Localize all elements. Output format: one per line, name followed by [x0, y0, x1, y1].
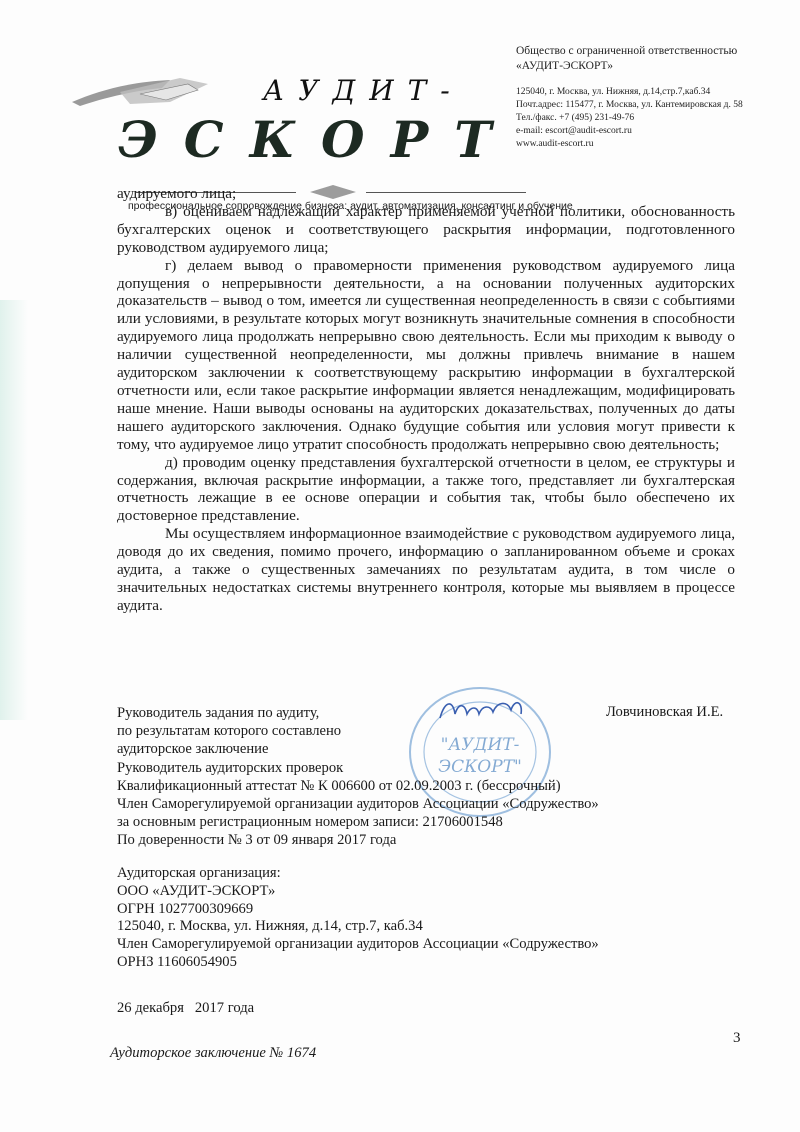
org-line: ООО «АУДИТ-ЭСКОРТ» — [117, 883, 599, 901]
body-paragraph: г) делаем вывод о правомерности применен… — [117, 257, 735, 454]
document-body: аудируемого лица; в) оцениваем надлежащи… — [117, 185, 735, 615]
org-line: 125040, г. Москва, ул. Нижняя, д.14, стр… — [117, 918, 599, 936]
company-address: 125040, г. Москва, ул. Нижняя, д.14,стр.… — [516, 86, 743, 99]
body-paragraph: д) проводим оценку представления бухгалт… — [117, 454, 735, 526]
signature-line: По доверенности № 3 от 09 января 2017 го… — [117, 831, 757, 849]
logo-text-top: АУДИТ- — [263, 74, 464, 107]
signature-line: Квалификационный аттестат № К 006600 от … — [117, 777, 757, 795]
org-line: Член Саморегулируемой организации аудито… — [117, 936, 599, 954]
company-email: e-mail: escort@audit-escort.ru — [516, 125, 743, 138]
body-paragraph: в) оцениваем надлежащий характер применя… — [117, 203, 735, 257]
logo-swoosh-icon — [70, 72, 210, 112]
company-logo: АУДИТ- ЭСКОРТ профессиональное сопровожд… — [58, 50, 478, 165]
company-website: www.audit-escort.ru — [516, 138, 743, 151]
signature-line: за основным регистрационным номером запи… — [117, 813, 757, 831]
body-paragraph: Мы осуществляем информационное взаимодей… — [117, 525, 735, 615]
org-line: Аудиторская организация: — [117, 865, 599, 883]
org-line: ОРНЗ 11606054905 — [117, 954, 599, 972]
logo-text-main: ЭСКОРТ — [118, 110, 517, 169]
document-page: АУДИТ- ЭСКОРТ профессиональное сопровожд… — [0, 0, 800, 1132]
page-number: 3 — [733, 1030, 741, 1047]
company-contact-info: Общество с ограниченной ответственностью… — [516, 44, 743, 151]
body-paragraph: аудируемого лица; — [117, 185, 735, 203]
company-postal-address: Почт.адрес: 115477, г. Москва, ул. Канте… — [516, 99, 743, 112]
company-legal-form: Общество с ограниченной ответственностью — [516, 44, 743, 59]
signature-line: Руководитель аудиторских проверок — [117, 759, 757, 777]
signature-block: Руководитель задания по аудиту, по резул… — [117, 704, 757, 850]
signature-line: Член Саморегулируемой организации аудито… — [117, 795, 757, 813]
document-date: 26 декабря 2017 года — [117, 1000, 254, 1017]
scan-edge-tint — [0, 300, 28, 720]
footer-reference: Аудиторское заключение № 1674 — [110, 1045, 316, 1062]
audit-organization-block: Аудиторская организация: ООО «АУДИТ-ЭСКО… — [117, 865, 599, 972]
company-name: «АУДИТ-ЭСКОРТ» — [516, 59, 743, 74]
org-line: ОГРН 1027700309669 — [117, 901, 599, 919]
company-phone: Тел./факс. +7 (495) 231-49-76 — [516, 112, 743, 125]
signer-name: Ловчиновская И.Е. — [606, 704, 723, 721]
signature-line: аудиторское заключение — [117, 740, 757, 758]
signature-line: по результатам которого составлено — [117, 722, 757, 740]
